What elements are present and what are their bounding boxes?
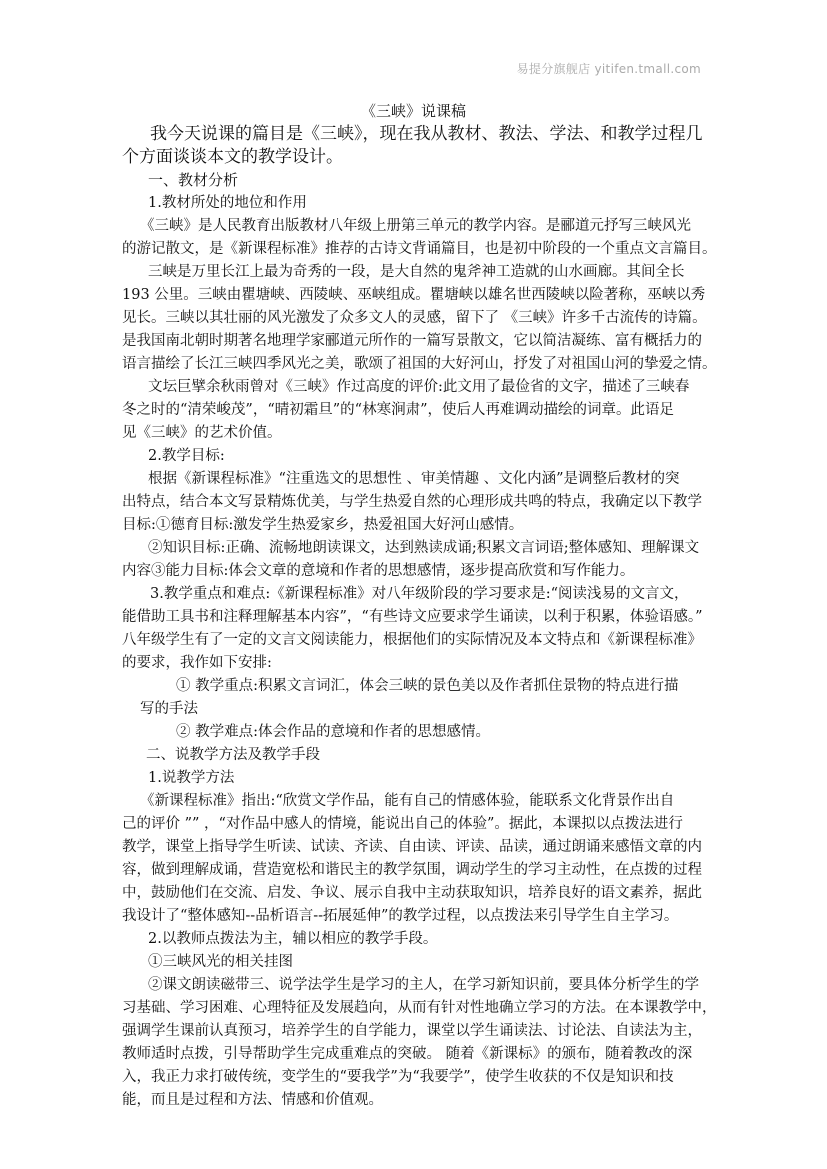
paragraph-line: 根据《新课程标准》“注重选文的思想性 、审美情趣 、文化内涵”是调整后教材的突	[148, 469, 680, 489]
paragraph-line: 写的手法	[140, 699, 198, 719]
paragraph-line: 目标:①德育目标:激发学生热爱家乡，热爱祖国大好河山感情。	[122, 515, 523, 535]
paragraph-line: ②课文朗读磁带三、说学法学生是学习的主人，在学习新知识前，要具体分析学生的学	[148, 975, 699, 995]
paragraph-line: 193 公里。三峡由瞿塘峡、西陵峡、巫峡组成。瞿塘峡以雄名世西陵峡以险著称，巫峡…	[122, 285, 705, 305]
paragraph-line: 个方面谈谈本文的教学设计。	[122, 147, 343, 167]
paragraph-line: 三峡是万里长江上最为奇秀的一段，是大自然的鬼斧神工造就的山水画廊。其间全长	[148, 262, 685, 282]
paragraph-line: 出特点，结合本文写景精炼优美，与学生热爱自然的心理形成共鸣的特点，我确定以下教学	[122, 492, 702, 512]
paragraph-line: 1.说教学方法	[148, 768, 234, 788]
paragraph-line: 的要求，我作如下安排:	[122, 653, 272, 673]
paragraph-line: 3.教学重点和难点:《新课程标准》对八年级阶段的学习要求是:“阅读浅易的文言文，	[150, 584, 689, 604]
paragraph-line: ① 教学重点:积累文言词汇，体会三峡的景色美以及作者抓住景物的特点进行描	[176, 676, 679, 696]
paragraph-line: 容，做到理解成诵，营造宽松和谐民主的教学氛围，调动学生的学习主动性，在点拨的过程	[122, 860, 702, 880]
paragraph-line: 《三峡》是人民教育出版教材八年级上册第三单元的教学内容。是郦道元抒写三峡风光	[140, 216, 691, 236]
paragraph-line: 教师适时点拨，引导帮助学生完成重难点的突破。 随着《新课标》的颁布，随着教改的深	[122, 1044, 692, 1064]
paragraph-line: 二、说教学方法及教学手段	[146, 745, 320, 765]
paragraph-line: ①三峡风光的相关挂图	[148, 952, 293, 972]
paragraph-line: 语言描绘了长江三峡四季风光之美，歌颂了祖国的大好河山，抒发了对祖国山河的挚爱之情…	[122, 354, 717, 374]
paragraph-line: 中，鼓励他们在交流、启发、争议、展示自我中主动获取知识，培养良好的语文素养，据此	[122, 883, 702, 903]
store-watermark: 易提分旗舰店 yitifen.tmall.com	[517, 60, 701, 77]
paragraph-line: 能，而且是过程和方法、情感和价值观。	[122, 1090, 383, 1110]
paragraph-line: 习基础、学习困难、心理特征及发展趋向，从而有针对性地确立学习的方法。在本课教学中…	[122, 998, 717, 1018]
paragraph-line: 冬之时的“清荣峻茂”，“晴初霜旦”的“林寒涧肃”，使后人再难调动描绘的词章。此语…	[122, 400, 674, 420]
paragraph-line: 内容③能力目标:体会文章的意境和作者的思想感情，逐步提高欣赏和写作能力。	[122, 561, 634, 581]
document-title: 《三峡》说课稿	[0, 101, 827, 121]
paragraph-line: 强调学生课前认真预习，培养学生的自学能力，课堂以学生诵读法、讨论法、自读法为主，	[122, 1021, 702, 1041]
paragraph-line: 教学，课堂上指导学生听读、试读、齐读、自由读、评读、品读，通过朗诵来感悟文章的内	[122, 837, 702, 857]
paragraph-line: 我今天说课的篇目是《三峡》，现在我从教材、教法、学法、和教学过程几	[150, 124, 703, 144]
paragraph-line: 见长。三峡以其壮丽的风光激发了众多文人的灵感，留下了 《三峡》许多千古流传的诗篇…	[122, 308, 707, 328]
paragraph-line: 能借助工具书和注释理解基本内容”，“有些诗文应要求学生诵读，以利于积累，体验语感…	[122, 607, 703, 627]
paragraph-line: 2.教学目标:	[148, 446, 225, 466]
paragraph-line: 八年级学生有了一定的文言文阅读能力，根据他们的实际情况及本文特点和《新课程标准》	[122, 630, 702, 650]
paragraph-line: 2.以教师点拨法为主，辅以相应的教学手段。	[148, 929, 437, 949]
paragraph-line: 的游记散文，是《新课程标准》推荐的古诗文背诵篇目，也是初中阶段的一个重点文言篇目…	[122, 239, 717, 259]
paragraph-line: 1.教材所处的地位和作用	[148, 193, 307, 213]
paragraph-line: 见《三峡》的艺术价值。	[122, 423, 282, 443]
paragraph-line: 一、教材分析	[148, 170, 238, 190]
paragraph-line: 入，我正力求打破传统，变学生的“要我学”为“我要学”，使学生收获的不仅是知识和技	[122, 1067, 674, 1087]
paragraph-line: 我设计了“整体感知--品析语言--拓展延伸”的教学过程，以点拨法来引导学生自主学…	[122, 906, 678, 926]
paragraph-line: 己的评价 ”” ，“对作品中感人的情境，能说出自己的体验”。据此，本课拟以点拨法…	[122, 814, 683, 834]
paragraph-line: 文坛巨擘余秋雨曾对《三峡》作过高度的评价:此文用了最俭省的文字，描述了三峡春	[148, 377, 689, 397]
paragraph-line: 是我国南北朝时期著名地理学家郦道元所作的一篇写景散文，它以简洁凝练、富有概括力的	[122, 331, 702, 351]
paragraph-line: 《新课程标准》指出:“欣赏文学作品，能有自己的情感体验，能联系文化背景作出自	[140, 791, 674, 811]
paragraph-line: ②知识目标:正确、流畅地朗读课文，达到熟读成诵;积累文言词语;整体感知、理解课文	[148, 538, 699, 558]
paragraph-line: ② 教学难点:体会作品的意境和作者的思想感情。	[176, 722, 490, 742]
